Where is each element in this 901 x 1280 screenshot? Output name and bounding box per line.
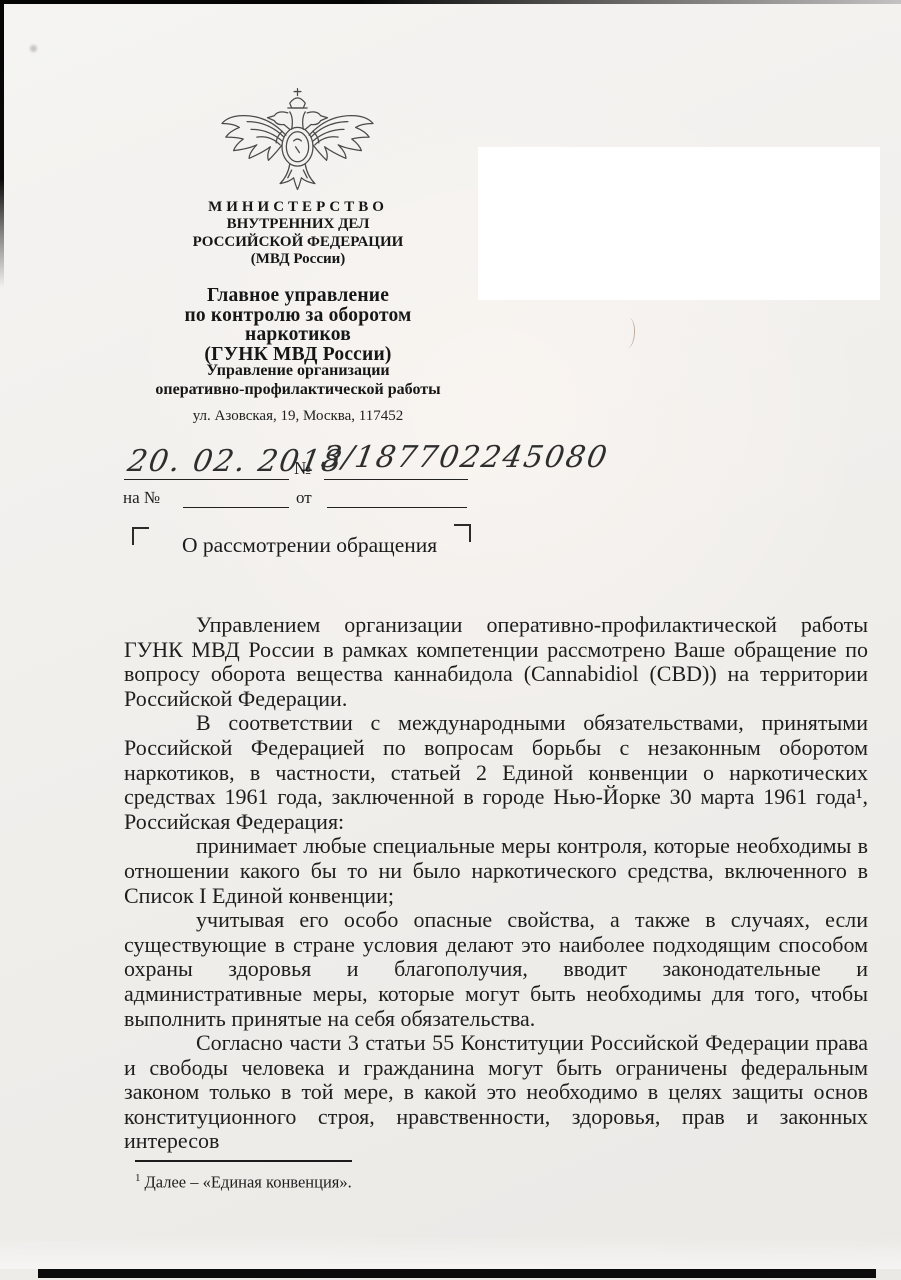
body-paragraph-2: В соответствии с международными обязател… <box>124 711 868 834</box>
subject-corner-bracket-right <box>454 524 471 542</box>
subject-corner-bracket-left <box>132 527 149 545</box>
scan-edge-top <box>0 0 901 4</box>
letterhead-division: Управление организации оперативно-профил… <box>133 361 463 399</box>
footnote: 1Далее – «Единая конвенция». <box>135 1172 352 1193</box>
reply-to-number-label: на № <box>123 488 160 508</box>
ministry-line: РОССИЙСКОЙ ФЕДЕРАЦИИ <box>133 234 463 251</box>
ministry-line: МИНИСТЕРСТВО <box>133 199 463 216</box>
reply-date-blank-underline <box>327 507 467 508</box>
directorate-line: по контролю за оборотом наркотиков <box>133 306 463 345</box>
number-sign-label: № <box>294 458 311 479</box>
letterhead-address: ул. Азовская, 19, Москва, 117452 <box>133 408 463 425</box>
body-paragraph-5: Согласно части 3 статьи 55 Конституции Р… <box>124 1031 868 1154</box>
footnote-text: Далее – «Единая конвенция». <box>145 1173 352 1192</box>
scanned-letter-page: МИНИСТЕРСТВО ВНУТРЕННИХ ДЕЛ РОССИЙСКОЙ Ф… <box>0 0 901 1280</box>
reply-from-label: от <box>296 488 312 508</box>
letterhead-ministry: МИНИСТЕРСТВО ВНУТРЕННИХ ДЕЛ РОССИЙСКОЙ Ф… <box>133 199 463 269</box>
scan-speck <box>30 45 37 52</box>
handwritten-date: 20. 02. 2018 <box>125 444 346 479</box>
scan-edge-left <box>0 0 4 288</box>
ministry-line: ВНУТРЕННИХ ДЕЛ <box>133 216 463 233</box>
reply-number-blank-underline <box>183 507 289 508</box>
mvd-double-headed-eagle-icon <box>220 86 375 194</box>
pen-mark <box>623 318 636 349</box>
directorate-line: Главное управление <box>133 286 463 306</box>
division-line: Управление организации <box>133 361 463 380</box>
scan-edge-bottom <box>38 1269 876 1278</box>
letterhead-directorate: Главное управление по контролю за оборот… <box>133 286 463 364</box>
footnote-divider <box>135 1160 352 1162</box>
body-paragraph-3: принимает любые специальные меры контрол… <box>124 834 868 908</box>
redaction-box <box>478 147 880 300</box>
division-line: оперативно-профилактической работы <box>133 380 463 399</box>
date-underline <box>124 479 289 480</box>
handwritten-outgoing-number: 3/187702245080 <box>319 440 611 475</box>
body-paragraph-4: учитывая его особо опасные свойства, а т… <box>124 908 868 1031</box>
subject-line: О рассмотрении обращения <box>182 533 437 558</box>
ministry-line: (МВД России) <box>133 251 463 268</box>
scan-bottom-fade <box>0 1236 901 1269</box>
footnote-marker: 1 <box>135 1172 141 1184</box>
letter-body: Управлением организации оперативно-профи… <box>124 613 868 1154</box>
body-paragraph-1: Управлением организации оперативно-профи… <box>124 613 868 711</box>
number-underline <box>324 479 468 480</box>
